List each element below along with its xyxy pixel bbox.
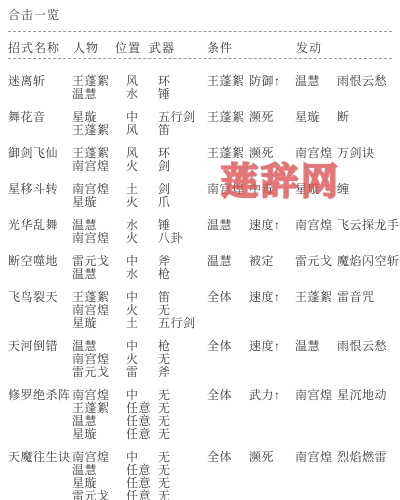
combo-overview-page: 合击一览 招式名称 人物 位置 武器 条件 发动 迷离斩王蓬絮温慧风水环锤王蓬絮…	[0, 0, 400, 500]
weapon-value: 五行剑	[158, 317, 207, 330]
table-body: 迷离斩王蓬絮温慧风水环锤王蓬絮防御↑温慧雨恨云愁舞花音星璇王蓬絮中风五行剑笛王蓬…	[8, 59, 392, 500]
weapon-list: 笛无五行剑	[158, 291, 207, 330]
condition-value: 防御↑	[249, 75, 295, 101]
condition-target: 王蓬絮	[207, 147, 249, 173]
person-list: 南宫煌王蓬絮温慧星璇	[72, 389, 126, 441]
move-name: 舞花音	[8, 111, 72, 137]
condition-target: 全体	[207, 389, 249, 441]
move-name: 修罗绝杀阵	[8, 389, 72, 441]
weapon-value: 无	[158, 490, 207, 500]
weapon-list: 五行剑笛	[158, 111, 207, 137]
header-move-name: 招式名称	[8, 39, 60, 56]
person-list: 温慧南宫煌	[72, 219, 126, 245]
move-name: 迷离斩	[8, 75, 72, 101]
move-name: 御剑飞仙	[8, 147, 72, 173]
person-list: 王蓬絮温慧	[72, 75, 126, 101]
header-weapon: 武器	[149, 39, 175, 56]
activator-name: 南宫煌	[295, 389, 337, 441]
weapon-value: 枪	[158, 268, 207, 281]
move-name: 光华乱舞	[8, 219, 72, 245]
position-list: 中任意任意任意	[126, 451, 158, 500]
activated-skill: 飞云探龙手	[337, 219, 400, 245]
condition-value: 濒死	[249, 451, 295, 500]
table-row: 修罗绝杀阵南宫煌王蓬絮温慧星璇中任意任意任意无无无无全体武力↑南宫煌星沉地动	[8, 389, 392, 441]
table-row: 飞鸟裂天王蓬絮南宫煌星璇中火土笛无五行剑全体速度↑王蓬絮雷音咒	[8, 291, 392, 330]
table-row: 星移斗转南宫煌星璇土火剑爪南宫煌中毒星璇缠	[8, 183, 392, 209]
person-name: 温慧	[72, 268, 126, 281]
person-name: 星璇	[72, 317, 126, 330]
position-value: 火	[126, 232, 158, 245]
weapon-list: 枪无斧	[158, 340, 207, 379]
activator-name: 星璇	[295, 183, 337, 209]
weapon-value: 锤	[158, 88, 207, 101]
condition-value: 速度↑	[249, 219, 295, 245]
condition-target: 全体	[207, 291, 249, 330]
header-activation: 发动	[296, 39, 322, 56]
condition-value: 速度↑	[249, 340, 295, 379]
position-list: 风火	[126, 147, 158, 173]
position-list: 中任意任意任意	[126, 389, 158, 441]
person-list: 南宫煌星璇	[72, 183, 126, 209]
person-name: 雷元戈	[72, 366, 126, 379]
position-value: 任意	[126, 428, 158, 441]
weapon-list: 斧枪	[158, 255, 207, 281]
weapon-list: 剑爪	[158, 183, 207, 209]
weapon-value: 笛	[158, 124, 207, 137]
table-row: 天魔往生诀南宫煌温慧星璇雷元戈中任意任意任意无无无无全体濒死南宫煌烈焰燃雷	[8, 451, 392, 500]
weapon-list: 环锤	[158, 75, 207, 101]
activator-name: 星璇	[295, 111, 337, 137]
condition-value: 速度↑	[249, 291, 295, 330]
position-value: 土	[126, 317, 158, 330]
weapon-value: 斧	[158, 366, 207, 379]
person-name: 王蓬絮	[72, 124, 126, 137]
position-value: 水	[126, 268, 158, 281]
move-name: 天河倒错	[8, 340, 72, 379]
position-list: 水火	[126, 219, 158, 245]
activator-name: 王蓬絮	[295, 291, 337, 330]
move-name: 飞鸟裂天	[8, 291, 72, 330]
position-value: 风	[126, 124, 158, 137]
activator-name: 南宫煌	[295, 219, 337, 245]
condition-value: 濒死	[249, 111, 295, 137]
activator-name: 南宫煌	[295, 147, 337, 173]
position-value: 任意	[126, 490, 158, 500]
person-list: 雷元戈温慧	[72, 255, 126, 281]
weapon-list: 环剑	[158, 147, 207, 173]
table-row: 断空噬地雷元戈温慧中水斧枪温慧被定雷元戈魔焰闪空斩	[8, 255, 392, 281]
activator-name: 温慧	[295, 340, 337, 379]
condition-target: 王蓬絮	[207, 111, 249, 137]
move-name: 星移斗转	[8, 183, 72, 209]
activated-skill: 魔焰闪空斩	[337, 255, 400, 281]
person-list: 温慧南宫煌雷元戈	[72, 340, 126, 379]
activated-skill: 雨恨云愁	[337, 340, 392, 379]
weapon-value: 剑	[158, 160, 207, 173]
position-value: 雷	[126, 366, 158, 379]
person-name: 温慧	[72, 88, 126, 101]
header-person: 人物	[73, 39, 99, 56]
condition-value: 武力↑	[249, 389, 295, 441]
table-row: 迷离斩王蓬絮温慧风水环锤王蓬絮防御↑温慧雨恨云愁	[8, 75, 392, 101]
activated-skill: 断	[337, 111, 392, 137]
activator-name: 南宫煌	[295, 451, 337, 500]
position-value: 火	[126, 196, 158, 209]
weapon-value: 八卦	[158, 232, 207, 245]
page-title: 合击一览	[8, 8, 392, 22]
activated-skill: 雨恨云愁	[337, 75, 392, 101]
condition-target: 王蓬絮	[207, 75, 249, 101]
position-list: 中火土	[126, 291, 158, 330]
person-name: 雷元戈	[72, 490, 126, 500]
position-list: 中火雷	[126, 340, 158, 379]
person-list: 南宫煌温慧星璇雷元戈	[72, 451, 126, 500]
activator-name: 雷元戈	[295, 255, 337, 281]
weapon-list: 锤八卦	[158, 219, 207, 245]
activated-skill: 雷音咒	[337, 291, 392, 330]
person-name: 星璇	[72, 196, 126, 209]
position-list: 风水	[126, 75, 158, 101]
weapon-value: 无	[158, 428, 207, 441]
person-list: 王蓬絮南宫煌	[72, 147, 126, 173]
weapon-list: 无无无无	[158, 451, 207, 500]
header-condition: 条件	[207, 39, 233, 56]
condition-target: 南宫煌	[207, 183, 249, 209]
header-position: 位置	[115, 39, 141, 56]
move-name: 天魔往生诀	[8, 451, 72, 500]
person-name: 南宫煌	[72, 232, 126, 245]
weapon-value: 爪	[158, 196, 207, 209]
move-name: 断空噬地	[8, 255, 72, 281]
table-row: 舞花音星璇王蓬絮中风五行剑笛王蓬絮濒死星璇断	[8, 111, 392, 137]
activated-skill: 烈焰燃雷	[337, 451, 392, 500]
table-header: 招式名称 人物 位置 武器 条件 发动	[8, 32, 392, 58]
condition-target: 温慧	[207, 255, 249, 281]
person-name: 南宫煌	[72, 160, 126, 173]
position-list: 土火	[126, 183, 158, 209]
weapon-list: 无无无无	[158, 389, 207, 441]
activated-skill: 缠	[337, 183, 392, 209]
condition-value: 濒死	[249, 147, 295, 173]
activated-skill: 星沉地动	[337, 389, 392, 441]
person-name: 星璇	[72, 428, 126, 441]
condition-target: 全体	[207, 340, 249, 379]
activated-skill: 万剑诀	[337, 147, 392, 173]
table-row: 天河倒错温慧南宫煌雷元戈中火雷枪无斧全体速度↑温慧雨恨云愁	[8, 340, 392, 379]
position-value: 火	[126, 160, 158, 173]
condition-target: 全体	[207, 451, 249, 500]
position-value: 水	[126, 88, 158, 101]
table-row: 光华乱舞温慧南宫煌水火锤八卦温慧速度↑南宫煌飞云探龙手	[8, 219, 392, 245]
activator-name: 温慧	[295, 75, 337, 101]
position-list: 中风	[126, 111, 158, 137]
person-list: 星璇王蓬絮	[72, 111, 126, 137]
table-row: 御剑飞仙王蓬絮南宫煌风火环剑王蓬絮濒死南宫煌万剑诀	[8, 147, 392, 173]
person-list: 王蓬絮南宫煌星璇	[72, 291, 126, 330]
position-list: 中水	[126, 255, 158, 281]
condition-target: 温慧	[207, 219, 249, 245]
condition-value: 中毒	[249, 183, 295, 209]
condition-value: 被定	[249, 255, 295, 281]
